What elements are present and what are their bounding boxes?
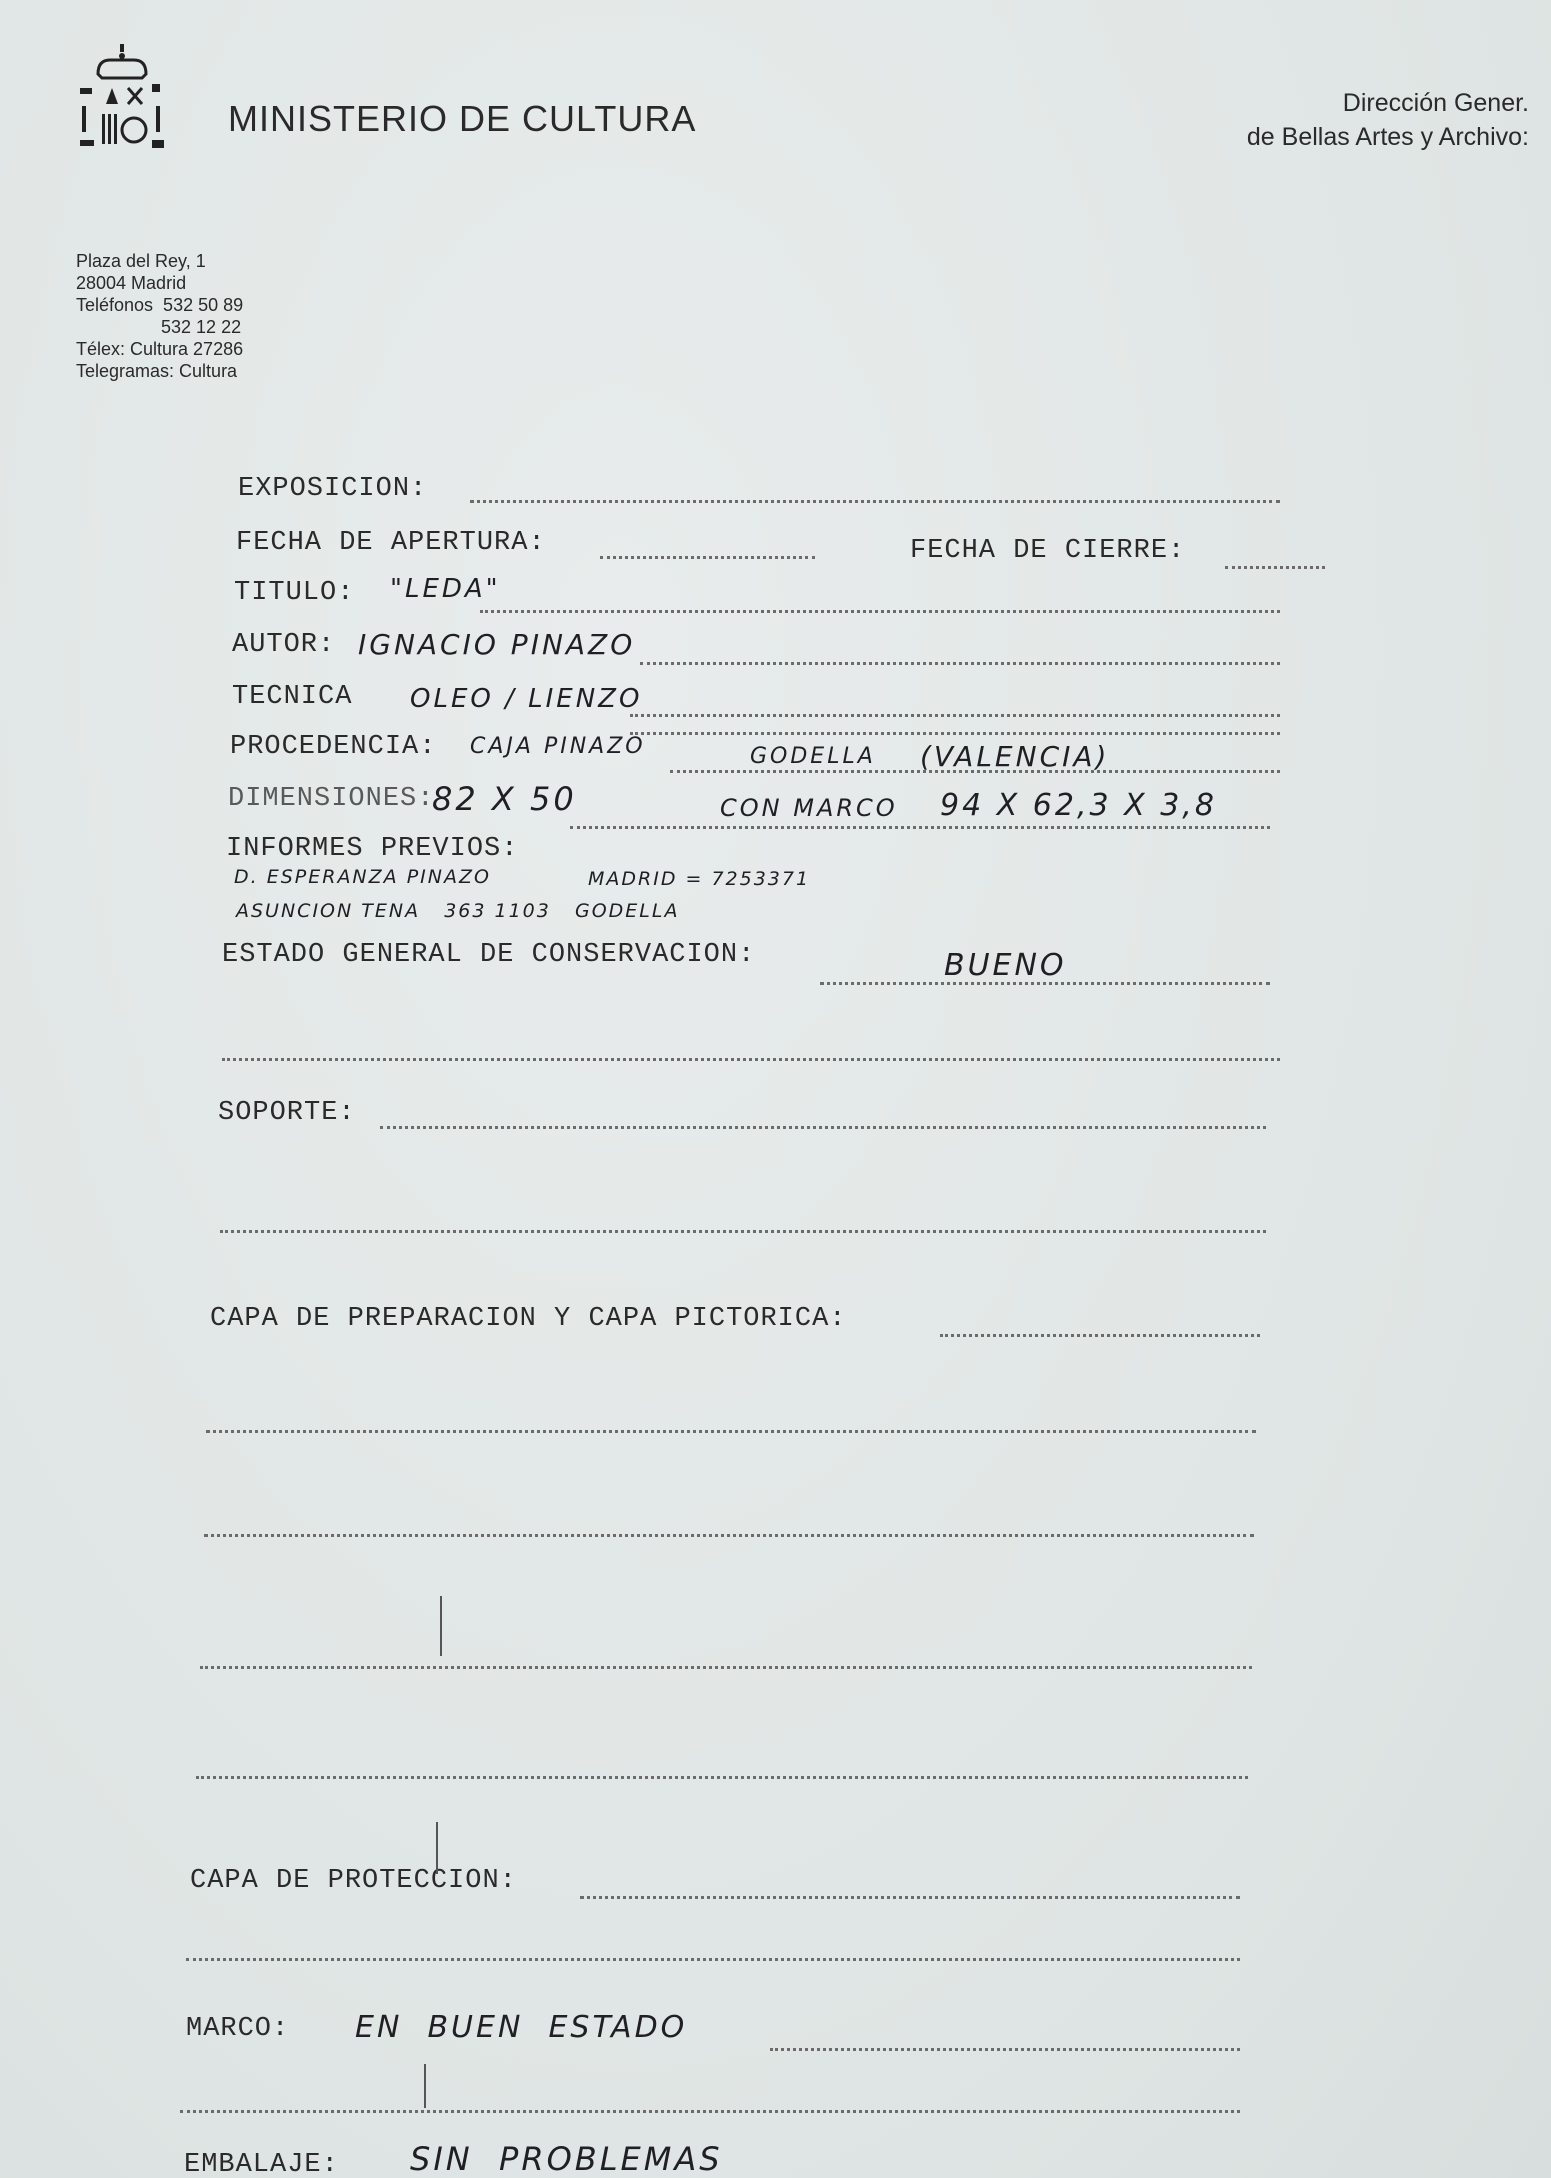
dimensiones-label: DIMENSIONES: [228,784,434,814]
scan-mark [436,1822,438,1874]
informes-previos-line-2[interactable]: ASUNCION TENA 363 1103 GODELLA [236,900,679,922]
tecnica-label: TECNICA [232,682,352,712]
informes-previos-line-1-contact[interactable]: MADRID = 7253371 [588,868,810,890]
fecha-cierre-field[interactable] [1225,566,1325,569]
marco-field-line2[interactable] [180,2110,1240,2113]
capa-proteccion-field-line2[interactable] [186,1958,1240,1961]
marco-label: MARCO: [186,2014,289,2044]
tecnica-value[interactable]: OLEO / LIENZO [410,684,642,714]
dimensiones-field[interactable] [570,826,1270,829]
capa-preparacion-field[interactable] [940,1334,1260,1337]
estado-general-value[interactable]: BUENO [944,948,1067,983]
fecha-apertura-field[interactable] [600,556,815,559]
address-block: Plaza del Rey, 1 28004 Madrid Teléfonos … [76,250,243,382]
procedencia-value-1[interactable]: CAJA PINAZO [470,734,646,759]
address-line: Plaza del Rey, 1 [76,250,243,272]
tecnica-field[interactable] [630,714,1280,717]
dimensiones-value[interactable]: 82 X 50 [432,780,577,818]
address-line: 532 12 22 [76,316,243,338]
soporte-field[interactable] [380,1126,1266,1129]
estado-general-field-line2[interactable] [222,1058,1280,1061]
fecha-apertura-label: FECHA DE APERTURA: [236,528,546,558]
soporte-label: SOPORTE: [218,1098,356,1128]
exposicion-label: EXPOSICION: [238,474,427,504]
procedencia-value-2[interactable]: GODELLA [750,744,876,769]
con-marco-value[interactable]: 94 X 62,3 X 3,8 [940,788,1217,823]
capa-preparacion-field-line3[interactable] [204,1534,1254,1537]
capa-proteccion-field[interactable] [580,1896,1240,1899]
ministry-name: MINISTERIO DE CULTURA [228,98,696,140]
autor-value[interactable]: IGNACIO PINAZO [358,628,635,661]
address-line: Telegramas: Cultura [76,360,243,382]
estado-general-label: ESTADO GENERAL DE CONSERVACION: [222,940,755,970]
informes-previos-line-1-name[interactable]: D. ESPERANZA PINAZO [234,866,491,888]
marco-value[interactable]: EN BUEN ESTADO [355,2010,687,2045]
con-marco-label: CON MARCO [720,794,898,822]
embalaje-label: EMBALAJE: [184,2150,339,2178]
autor-field[interactable] [640,662,1280,665]
exposicion-field[interactable] [470,500,1280,503]
capa-preparacion-field-line4[interactable] [200,1666,1252,1669]
scan-mark [440,1596,442,1656]
department-line-1: Dirección Gener. [1247,86,1529,120]
soporte-field-line2[interactable] [220,1230,1266,1233]
marco-field[interactable] [770,2048,1240,2051]
address-line: 28004 Madrid [76,272,243,294]
spanish-coat-of-arms-icon [76,44,168,152]
autor-label: AUTOR: [232,630,335,660]
capa-preparacion-label: CAPA DE PREPARACION Y CAPA PICTORICA: [210,1304,847,1334]
procedencia-label: PROCEDENCIA: [230,732,436,762]
department-line-2: de Bellas Artes y Archivo: [1247,120,1529,154]
titulo-field[interactable] [480,610,1280,613]
procedencia-value-3[interactable]: (VALENCIA) [920,740,1109,773]
capa-proteccion-label: CAPA DE PROTECCION: [190,1866,517,1896]
address-line: Télex: Cultura 27286 [76,338,243,360]
scan-mark [424,2064,426,2108]
tecnica-field-line2[interactable] [630,732,1280,735]
department-name: Dirección Gener. de Bellas Artes y Archi… [1247,86,1529,154]
titulo-value[interactable]: "LEDA" [390,574,501,604]
address-line: Teléfonos 532 50 89 [76,294,243,316]
embalaje-value[interactable]: SIN PROBLEMAS [410,2140,723,2178]
capa-preparacion-field-line5[interactable] [196,1776,1248,1779]
estado-general-field[interactable] [820,982,1270,985]
titulo-label: TITULO: [234,578,354,608]
informes-previos-label: INFORMES PREVIOS: [226,834,518,864]
procedencia-field[interactable] [670,770,1280,773]
fecha-cierre-label: FECHA DE CIERRE: [910,536,1185,566]
capa-preparacion-field-line2[interactable] [206,1430,1256,1433]
